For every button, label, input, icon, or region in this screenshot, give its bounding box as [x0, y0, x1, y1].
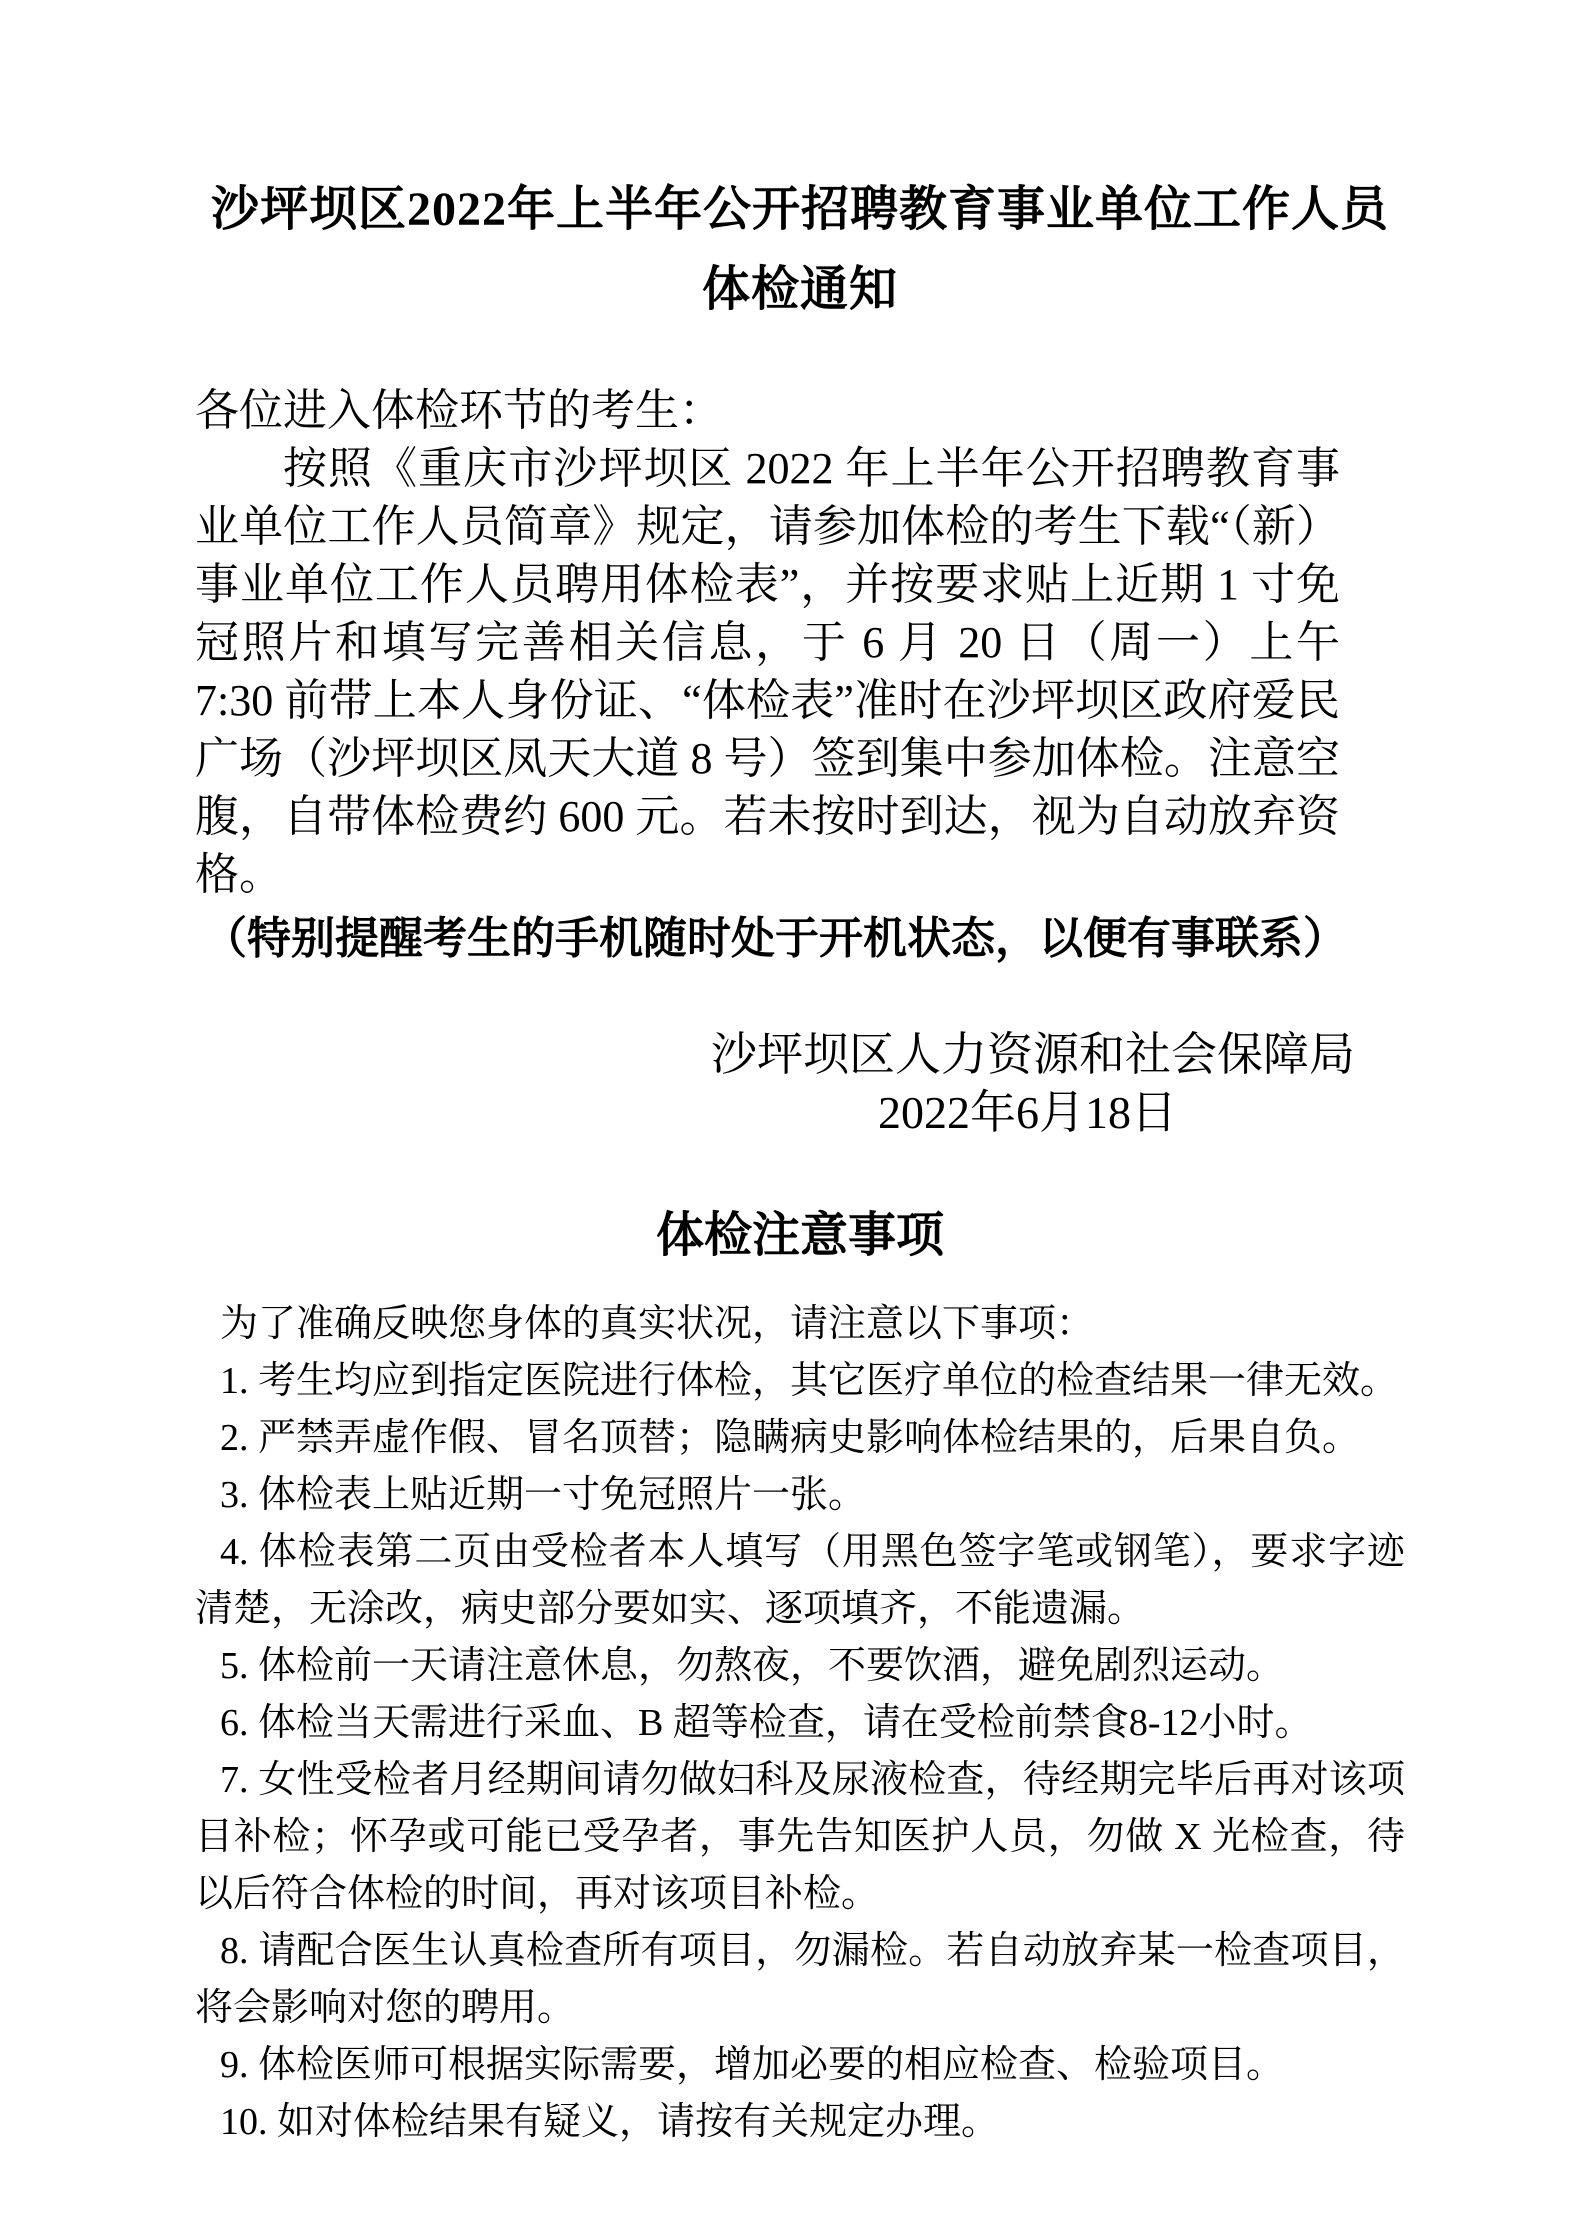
note-item-10: 10. 如对体检结果有疑义，请按有关规定办理。 [195, 2094, 1405, 2151]
signature-agency: 沙坪坝区人力资源和社会保障局 [195, 1026, 1405, 1084]
note-item-3: 3. 体检表上贴近期一寸免冠照片一张。 [195, 1467, 1405, 1524]
document-page: 沙坪坝区2022年上半年公开招聘教育事业单位工作人员 体检通知 各位进入体检环节… [0, 0, 1580, 2151]
note-item-5: 5. 体检前一天请注意休息，勿熬夜，不要饮酒，避免剧烈运动。 [195, 1638, 1405, 1695]
note-item-4: 4. 体检表第二页由受检者本人填写（用黑色签字笔或钢笔），要求字迹清楚，无涂改，… [195, 1524, 1405, 1638]
page-title-line2: 体检通知 [195, 250, 1405, 330]
note-item-8: 8. 请配合医生认真检查所有项目，勿漏检。若自动放弃某一检查项目，将会影响对您的… [195, 1923, 1405, 2037]
note-item-1: 1. 考生均应到指定医院进行体检，其它医疗单位的检查结果一律无效。 [195, 1353, 1405, 1410]
note-item-6: 6. 体检当天需进行采血、B 超等检查，请在受检前禁食8-12小时。 [195, 1695, 1405, 1752]
signature-date: 2022年6月18日 [195, 1084, 1405, 1142]
notice-paragraph: 按照《重庆市沙坪坝区 2022 年上半年公开招聘教育事业单位工作人员简章》规定，… [195, 440, 1340, 904]
note-item-7: 7. 女性受检者月经期间请勿做妇科及尿液检查，待经期完毕后再对该项目补检；怀孕或… [195, 1752, 1405, 1923]
page-title-line1: 沙坪坝区2022年上半年公开招聘教育事业单位工作人员 [195, 170, 1405, 250]
notes-intro: 为了准确反映您身体的真实状况，请注意以下事项： [195, 1296, 1405, 1353]
notes-heading: 体检注意事项 [195, 1204, 1405, 1268]
note-item-2: 2. 严禁弄虚作假、冒名顶替；隐瞒病史影响体检结果的，后果自负。 [195, 1410, 1405, 1467]
reminder-note: （特别提醒考生的手机随时处于开机状态，以便有事联系） [195, 910, 1340, 968]
note-item-9: 9. 体检医师可根据实际需要，增加必要的相应检查、检验项目。 [195, 2037, 1405, 2094]
salutation: 各位进入体检环节的考生： [195, 382, 1405, 440]
